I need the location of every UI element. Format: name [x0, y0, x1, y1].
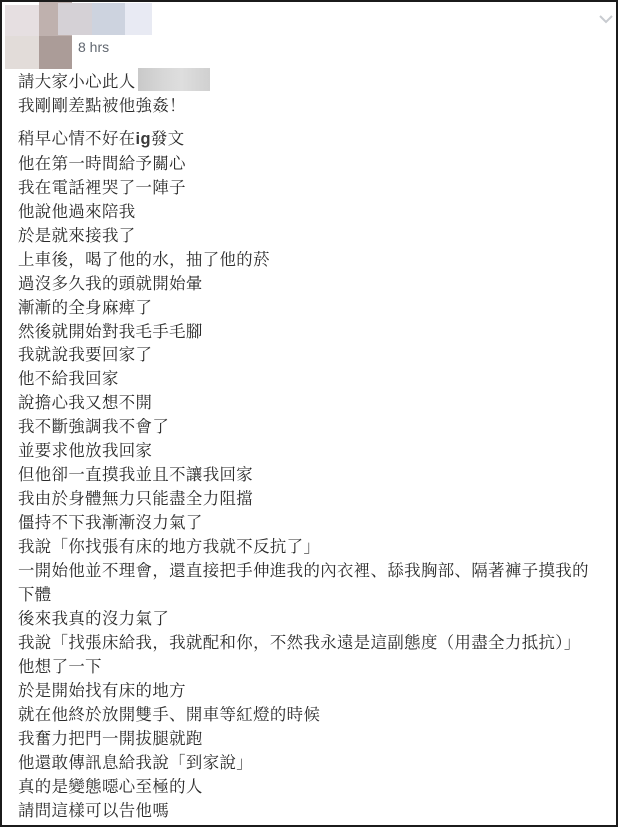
post-line: 於是開始找有床的地方: [18, 679, 612, 703]
post-line: 他在第一時間給予關心: [18, 152, 612, 176]
post-line-text: 稍早心情不好在: [18, 129, 136, 148]
post-line: 然後就開始對我毛手毛腳: [18, 320, 612, 344]
post-line: 真的是變態噁心至極的人: [18, 775, 612, 799]
post-line: 上車後，喝了他的水，抽了他的菸: [18, 248, 612, 272]
avatar-pixel-block: [5, 36, 39, 69]
post-line: 我在電話裡哭了一陣子: [18, 176, 612, 200]
post-line-text: 發文: [151, 129, 185, 148]
post-line: 後來我真的沒力氣了: [18, 607, 612, 631]
post-line: 一開始他並不理會，還直接把手伸進我的內衣裡、舔我胸部、隔著褲子摸我的: [18, 559, 612, 583]
post-timestamp[interactable]: 8 hrs: [78, 39, 109, 55]
post-line: 我說「找張床給我，我就配和你，不然我永遠是這副態度（用盡全力抵抗）」: [18, 631, 612, 655]
post-line: 他想了一下: [18, 655, 612, 679]
post-line: 但他卻一直摸我並且不讓我回家: [18, 463, 612, 487]
post-line: 我由於身體無力只能盡全力阻擋: [18, 487, 612, 511]
post-line: 我就說我要回家了: [18, 343, 612, 367]
avatar-pixel-block: [39, 36, 72, 69]
post-line: 我剛剛差點被他強姦！: [18, 94, 612, 118]
post-line: 於是就來接我了: [18, 224, 612, 248]
avatar-pixel-block: [5, 5, 39, 36]
post-line: 說擔心我又想不開: [18, 391, 612, 415]
name-pixel-block: [125, 3, 152, 35]
post-paragraph: 稍早心情不好在ig發文 他在第一時間給予關心 我在電話裡哭了一陣子 他說他過來陪…: [18, 127, 612, 823]
redacted-name-block: [138, 68, 210, 91]
post-line: 稍早心情不好在ig發文: [18, 127, 612, 152]
chevron-down-icon[interactable]: [599, 14, 613, 24]
post-line: 我奮力把門一開拔腿就跑: [18, 727, 612, 751]
post-line: 下體: [18, 583, 612, 607]
post-line: 請問這樣可以告他嗎: [18, 799, 612, 823]
post-line: 並要求他放我回家: [18, 439, 612, 463]
name-pixel-block: [92, 3, 125, 35]
post-line: 過沒多久我的頭就開始暈: [18, 272, 612, 296]
post-line: 僵持不下我漸漸沒力氣了: [18, 511, 612, 535]
post-line-latin: ig: [136, 130, 151, 148]
post-body: 請大家小心此人 我剛剛差點被他強姦！ 稍早心情不好在ig發文 他在第一時間給予關…: [18, 68, 612, 823]
post-line: 我不斷強調我不會了: [18, 415, 612, 439]
post-card: 8 hrs 請大家小心此人 我剛剛差點被他強姦！ 稍早心情不好在ig發文 他在第…: [0, 0, 618, 827]
post-line: 漸漸的全身麻痺了: [18, 296, 612, 320]
post-line: 請大家小心此人: [18, 68, 612, 94]
post-line: 他不給我回家: [18, 367, 612, 391]
post-line: 他說他過來陪我: [18, 200, 612, 224]
post-line: 他還敢傳訊息給我說「到家說」: [18, 751, 612, 775]
name-pixel-block: [58, 3, 92, 35]
post-line: 我說「你找張有床的地方我就不反抗了」: [18, 535, 612, 559]
post-line-text: 請大家小心此人: [18, 72, 136, 91]
post-line: 就在他終於放開雙手、開車等紅燈的時候: [18, 703, 612, 727]
post-paragraph: 請大家小心此人 我剛剛差點被他強姦！: [18, 68, 612, 118]
author-name-redacted[interactable]: [58, 3, 152, 35]
